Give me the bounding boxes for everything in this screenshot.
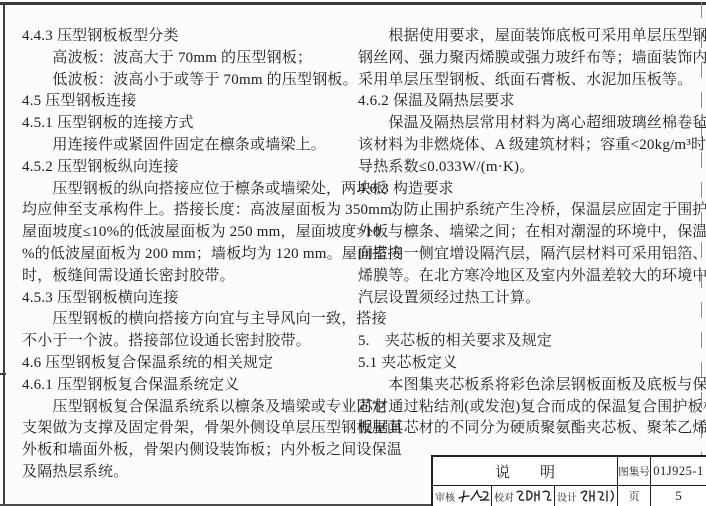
atlas-number-value: 01J925-1 bbox=[650, 457, 706, 485]
proofreader-signature-scribble bbox=[515, 488, 554, 504]
text-line: 压型钢板复合保温系统系以檩条及墙梁或专业固定 bbox=[22, 397, 362, 419]
text-line: 4.6.3 构造要求 bbox=[358, 179, 704, 201]
text-line: 时，板缝间需设通长密封胶带。 bbox=[22, 266, 362, 288]
reviewer-cell: 审核 bbox=[433, 485, 491, 506]
text-line: 4.6.2 保温及隔热层要求 bbox=[358, 91, 704, 113]
text-line: 芯材通过粘结剂(或发泡)复合而成的保温复合围护板材； bbox=[358, 397, 704, 419]
scanned-document-page: 4.4.3 压型钢板板型分类 高波板：波高大于 70mm 的压型钢板； 低波板：… bbox=[0, 0, 706, 506]
text-line: 低波板：波高小于或等于 70mm 的压型钢板。 bbox=[22, 70, 362, 92]
left-text-column: 4.4.3 压型钢板板型分类 高波板：波高大于 70mm 的压型钢板； 低波板：… bbox=[22, 26, 362, 484]
text-line: 向室内一侧宜增设隔汽层，隔汽层材料可采用铝箔、聚丙 bbox=[358, 244, 704, 266]
text-line: 支架做为支撑及固定骨架，骨架外侧设单层压型钢板屋面 bbox=[22, 418, 362, 440]
text-line: 烯膜等。在北方寒冷地区及室内外温差较大的环境中，隔 bbox=[358, 266, 704, 288]
atlas-number-label: 图集号 bbox=[617, 457, 650, 485]
text-line: 及隔热层系统。 bbox=[22, 462, 362, 484]
text-line: 压型钢板的横向搭接方向宜与主导风向一致，搭接 bbox=[22, 309, 362, 331]
text-line: 为防止围护系统产生冷桥，保温层应固定于围护系统 bbox=[358, 200, 704, 222]
text-line: 4.6.1 压型钢板复合保温系统定义 bbox=[22, 375, 362, 397]
text-line: %的低波屋面板为 200 mm；墙板均为 120 mm。屋面搭接 bbox=[22, 244, 362, 266]
page-top-border bbox=[0, 2, 706, 5]
text-line: 采用单层压型钢板、纸面石膏板、水泥加压板等。 bbox=[358, 70, 704, 92]
text-line: 4.5.3 压型钢板横向连接 bbox=[22, 288, 362, 310]
text-line: 根据其芯材的不同分为硬质聚氨酯夹芯板、聚苯乙烯夹芯 bbox=[358, 418, 704, 440]
text-line: 高波板：波高大于 70mm 的压型钢板； bbox=[22, 48, 362, 70]
text-line: 用连接件或紧固件固定在檩条或墙梁上。 bbox=[22, 135, 362, 157]
proofreader-cell: 校对 bbox=[491, 485, 554, 506]
text-line: 4.5 压型钢板连接 bbox=[22, 91, 362, 113]
text-line: 外板与檩条、墙梁之间；在相对潮湿的环境中，保温层靠 bbox=[358, 222, 704, 244]
title-block: 说 明 图集号 01J925-1 审核 校对 设计 页 5 bbox=[431, 455, 706, 506]
text-line: 4.5.1 压型钢板的连接方式 bbox=[22, 113, 362, 135]
text-line: 4.6 压型钢板复合保温系统的相关规定 bbox=[22, 353, 362, 375]
page-label: 页 bbox=[617, 485, 650, 506]
reviewer-label: 审核 bbox=[435, 489, 455, 504]
proofreader-label: 校对 bbox=[494, 489, 514, 504]
text-line: 压型钢板的纵向搭接应位于檩条或墙梁处，两块板 bbox=[22, 179, 362, 201]
text-line: 5. 夹芯板的相关要求及规定 bbox=[358, 331, 704, 353]
text-line: 不小于一个波。搭接部位设通长密封胶带。 bbox=[22, 331, 362, 353]
text-line: 均应伸至支承构件上。搭接长度：高波屋面板为 350mm； bbox=[22, 200, 362, 222]
registration-tick bbox=[0, 373, 6, 375]
text-line: 钢丝网、强力聚丙烯膜或强力玻纤布等；墙面装饰内板可 bbox=[358, 48, 704, 70]
text-line: 保温及隔热层常用材料为离心超细玻璃丝棉卷毡。 bbox=[358, 113, 704, 135]
page-left-border bbox=[3, 2, 5, 506]
text-line: 本图集夹芯板系将彩色涂层钢板面板及底板与保温 bbox=[358, 375, 704, 397]
right-text-column: 根据使用要求，屋面装饰底板可采用单层压型钢板、 钢丝网、强力聚丙烯膜或强力玻纤布… bbox=[358, 26, 704, 440]
text-line: 该材料为非燃烧体、A 级建筑材料；容重<20kg/m³时，其 bbox=[358, 135, 704, 157]
designer-label: 设计 bbox=[557, 489, 577, 504]
text-line: 5.1 夹芯板定义 bbox=[358, 353, 704, 375]
text-line: 汽层设置须经过热工计算。 bbox=[358, 288, 704, 310]
designer-signature-scribble bbox=[578, 488, 617, 504]
text-line: 外板和墙面外板，骨架内侧设装饰板；内外板之间设保温 bbox=[22, 440, 362, 462]
text-line: 4.5.2 压型钢板纵向连接 bbox=[22, 157, 362, 179]
title-block-title: 说 明 bbox=[433, 457, 617, 485]
reviewer-signature-scribble bbox=[456, 488, 491, 504]
text-line: 根据使用要求，屋面装饰底板可采用单层压型钢板、 bbox=[358, 26, 704, 48]
text-line: 4.4.3 压型钢板板型分类 bbox=[22, 26, 362, 48]
blank-line bbox=[358, 309, 704, 331]
text-line: 导热系数≤0.033W/(m·K)。 bbox=[358, 157, 704, 179]
designer-cell: 设计 bbox=[554, 485, 617, 506]
page-number: 5 bbox=[650, 485, 706, 506]
text-line: 屋面坡度≤10%的低波屋面板为 250 mm，屋面坡度>10 bbox=[22, 222, 362, 244]
